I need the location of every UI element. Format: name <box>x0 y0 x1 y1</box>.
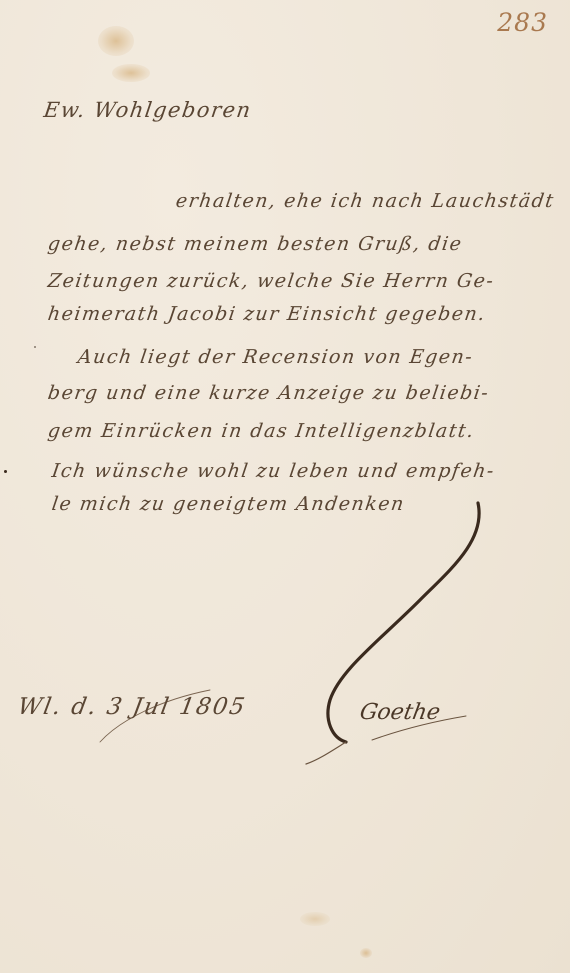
letter-page: 283 Ew. Wohlgeboren erhalten, ehe ich na… <box>0 0 570 973</box>
dateline: Wl. d. 3 Jul 1805 <box>16 694 249 720</box>
flourish-stroke-icon <box>0 0 570 973</box>
signature: Goethe <box>358 700 442 725</box>
